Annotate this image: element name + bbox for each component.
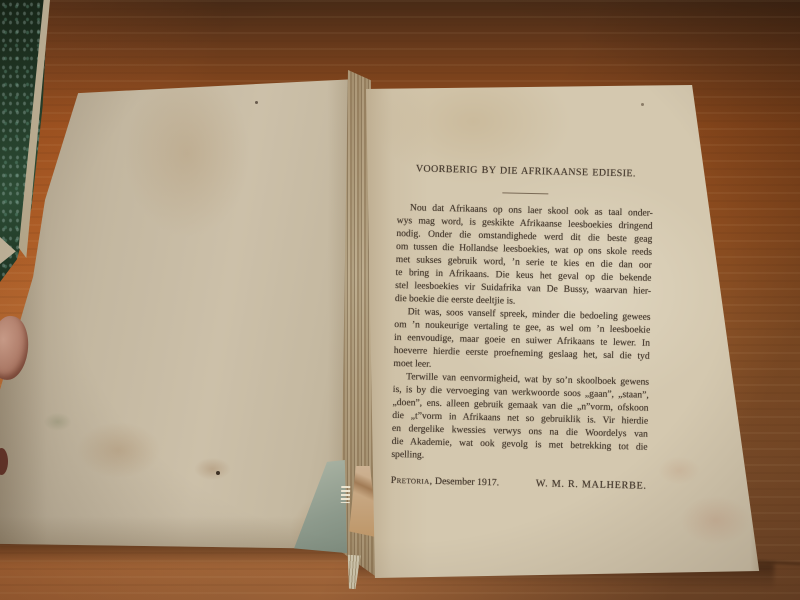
signature-author: W. M. R. MALHERBE.	[536, 478, 647, 492]
cover-speck	[216, 471, 220, 475]
signature-place-date: Pretoria, Desember 1917.	[391, 475, 500, 488]
page-speck	[641, 103, 644, 106]
title-divider	[502, 192, 548, 194]
cover-speck	[255, 101, 258, 104]
page-text-block: VOORBERIG BY DIE AFRIKAANSE EDIESIE. Nou…	[391, 163, 654, 492]
spine-stitching	[341, 486, 351, 503]
body-text: Nou dat Afrikaans op ons laer skool ook …	[391, 201, 653, 467]
signature-row: Pretoria, Desember 1917. W. M. R. MALHER…	[391, 475, 647, 492]
photo-scene: VOORBERIG BY DIE AFRIKAANSE EDIESIE. Nou…	[0, 0, 800, 600]
signature-date: Desember 1917.	[435, 476, 499, 488]
signature-place: Pretoria,	[391, 475, 433, 487]
page-title: VOORBERIG BY DIE AFRIKAANSE EDIESIE.	[398, 163, 654, 181]
